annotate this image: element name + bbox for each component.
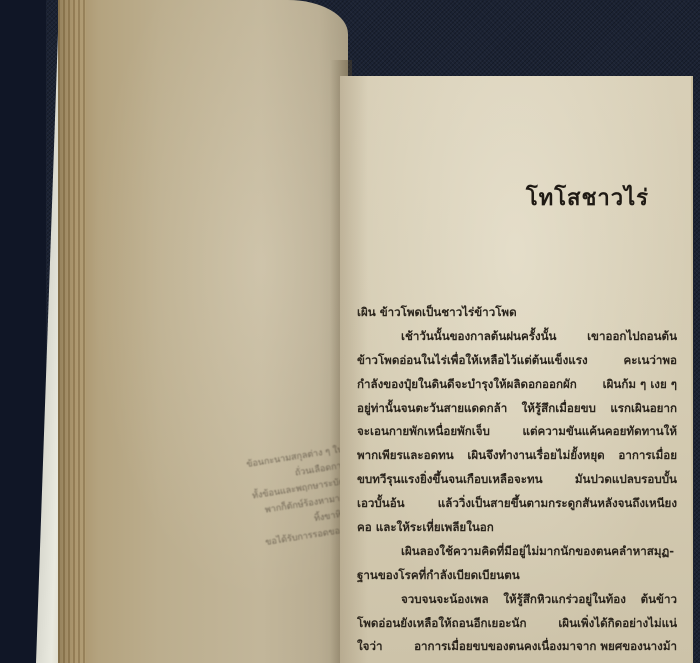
text-segment: กำลังของปุ๋ยในดินดีจะบำรุงให้ผลิดอกออกผั…: [357, 373, 577, 397]
text-segment: เผินก้ม ๆ เงย ๆ: [603, 373, 677, 397]
text-line: จวบจนจะน้องเพล ให้รู้สึกหิวแกร่วอยู่ในท้…: [357, 588, 677, 612]
text-segment: พากเพียรและอดทน: [357, 444, 454, 468]
text-segment: เผินเพิ่งได้กิดอย่างไม่แน่: [558, 612, 677, 636]
text-segment: ข้าวโพดอ่อนในไร่เพื่อให้เหลือไว้แต่ต้นแข…: [357, 349, 588, 373]
text-segment: ให้รู้สึกเมื่อยขบ: [522, 397, 596, 421]
text-segment: เผินจึงทำงานเรื่อยไม่ยั้งหยุด: [467, 444, 604, 468]
text-segment: แต่ความขันแค้นคอยทัดทานให้: [523, 420, 678, 444]
right-page: โทโสชาวไร่ เผิน ข้าวโพดเป็นชาวไร่ข้าวโพด…: [340, 76, 691, 663]
text-line: พากเพียรและอดทน เผินจึงทำงานเรื่อยไม่ยั้…: [357, 444, 677, 468]
text-line: ข้าวโพดอ่อนในไร่เพื่อให้เหลือไว้แต่ต้นแข…: [357, 349, 677, 373]
text-line: กำลังของปุ๋ยในดินดีจะบำรุงให้ผลิดอกออกผั…: [357, 373, 677, 397]
text-segment: มันปวดแปลบรอบบั้น: [575, 468, 677, 492]
text-segment: เช้าวันนั้นของกาลต้นฝนครั้งนั้น: [401, 325, 556, 349]
text-segment: แล้ววิ่งเป็นสายขึ้นตามกระดูกสันหลังจนถึง…: [438, 492, 677, 516]
text-segment: ให้รู้สึกหิวแกร่วอยู่ในท้อง: [503, 588, 626, 612]
text-segment: เอวบั้นอ้น: [357, 492, 405, 516]
text-segment: แรกเผินอยาก: [610, 397, 677, 421]
text-line: เอวบั้นอ้น แล้ววิ่งเป็นสายขึ้นตามกระดูกส…: [357, 492, 677, 516]
text-segment: ใจว่า: [357, 635, 382, 659]
text-line: โพดอ่อนยังเหลือให้ถอนอีกเยอะนัก เผินเพิ่…: [357, 612, 677, 636]
text-line: เผิน ข้าวโพดเป็นชาวไร่ข้าวโพด: [357, 301, 677, 325]
text-line: อยู่ท่านั้นจนตะวันสายแดดกล้า ให้รู้สึกเม…: [357, 397, 677, 421]
text-segment: จะเอนกายพักเหนื่อยพักเจ็บ: [357, 420, 490, 444]
text-line: ฐานของโรคที่กำลังเบียดเบียนตน: [357, 564, 677, 588]
text-line: ขบทวีรุนแรงยิ่งขึ้นจนเกือบเหลือจะทน มันป…: [357, 468, 677, 492]
text-line: จะเอนกายพักเหนื่อยพักเจ็บ แต่ความขันแค้น…: [357, 420, 677, 444]
text-segment: อาการเมื่อยขบของตนคงเนื่องมาจาก พยศของนา…: [414, 635, 677, 659]
text-segment: คะเนว่าพอ: [624, 349, 678, 373]
body-text: เผิน ข้าวโพดเป็นชาวไร่ข้าวโพด เช้าวันนั้…: [357, 301, 677, 659]
text-line: เผินลองใช้ความคิดที่มีอยู่ไม่มากนักของตน…: [357, 540, 677, 564]
book-photo: ข้อนกะนามสกุลต่าง ๆ ในเทศบาล ถั่วนเลือดก…: [0, 0, 700, 663]
text-segment: ต้นข้าว: [641, 588, 677, 612]
text-segment: จวบจนจะน้องเพล: [401, 588, 489, 612]
text-line: เช้าวันนั้นของกาลต้นฝนครั้งนั้น เขาออกไป…: [357, 325, 677, 349]
text-segment: อาการเมื่อย: [618, 444, 677, 468]
chapter-title: โทโสชาวไร่: [526, 180, 649, 215]
text-segment: ขบทวีรุนแรงยิ่งขึ้นจนเกือบเหลือจะทน: [357, 468, 543, 492]
text-line: ใจว่า อาการเมื่อยขบของตนคงเนื่องมาจาก พย…: [357, 635, 677, 659]
text-segment: เขาออกไปถอนต้น: [587, 325, 677, 349]
text-line: คอ และให้ระเหี่ยเพลียในอก: [357, 516, 677, 540]
text-segment: โพดอ่อนยังเหลือให้ถอนอีกเยอะนัก: [357, 612, 526, 636]
text-segment: อยู่ท่านั้นจนตะวันสายแดดกล้า: [357, 397, 507, 421]
